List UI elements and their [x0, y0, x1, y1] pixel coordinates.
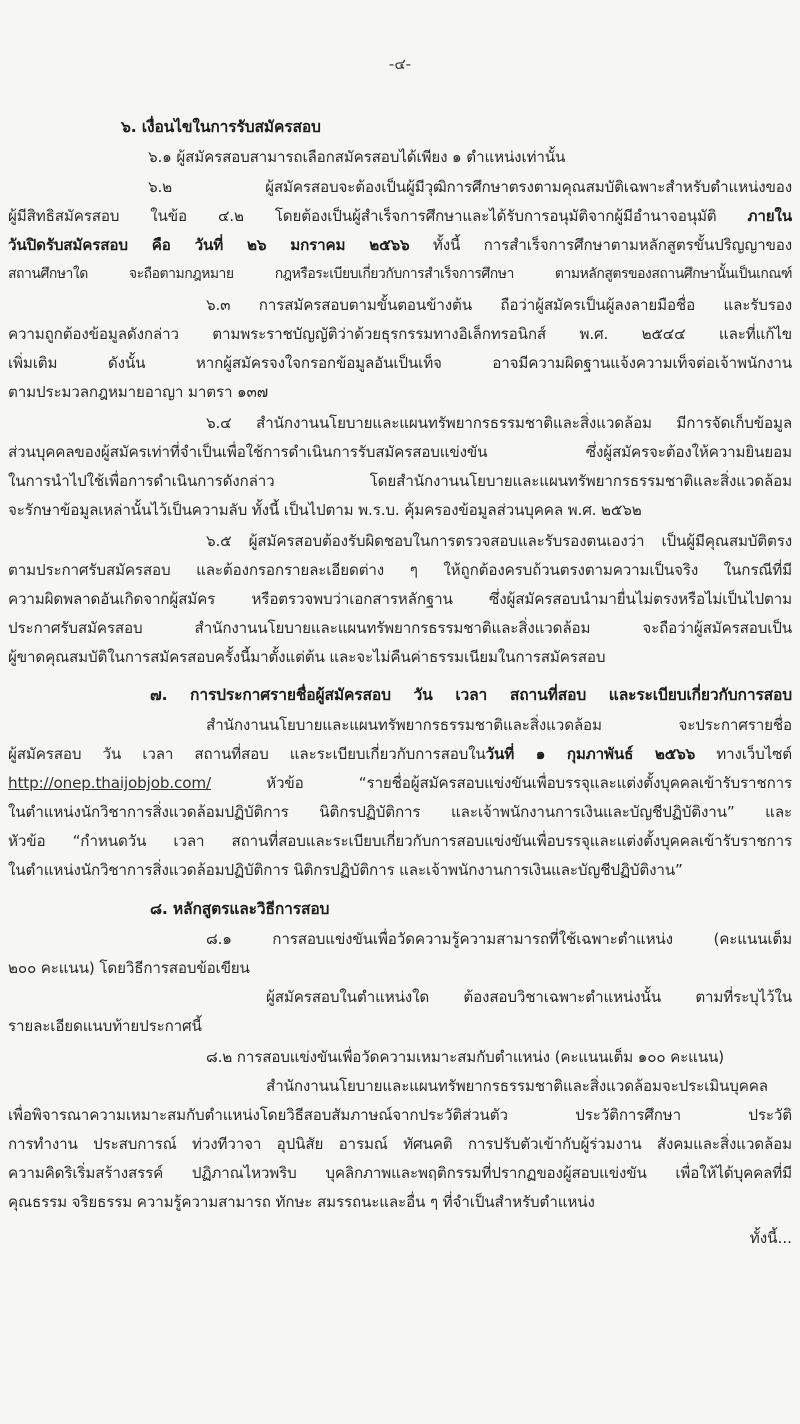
continuation-marker: ทั้งนี้...: [750, 1226, 792, 1250]
website-link[interactable]: http://onep.thaijobjob.com/: [8, 774, 211, 792]
section-6-3-line-1: ๖.๓ การสมัครสอบตามขั้นตอนข้างต้น ถือว่าผ…: [206, 294, 792, 316]
section-8-1-line-4: รายละเอียดแนบท้ายประกาศนี้: [8, 1015, 202, 1037]
section-6-2-line-1: ๖.๒ ผู้สมัครสอบจะต้องเป็นผู้มีวุฒิการศึก…: [148, 176, 792, 198]
section-7-line-3: http://onep.thaijobjob.com/ หัวข้อ “รายช…: [8, 772, 792, 794]
document-page: -๔- ๖. เงื่อนไขในการรับสมัครสอบ ๖.๑ ผู้ส…: [0, 0, 800, 1424]
section-8-2-line-1: ๘.๒ การสอบแข่งขันเพื่อวัดความเหมาะสมกับต…: [206, 1046, 724, 1068]
section-6-2-line-3: วันปิดรับสมัครสอบ คือ วันที่ ๒๖ มกราคม ๒…: [8, 234, 792, 256]
section-8-heading: ๘. หลักสูตรและวิธีการสอบ: [150, 898, 329, 920]
text-span: ผู้มีสิทธิสมัครสอบ ในข้อ ๔.๒ โดยต้องเป็น…: [8, 207, 748, 225]
bold-announcement-date: วันที่ ๑ กุมภาพันธ์ ๒๕๖๖: [486, 745, 695, 763]
section-6-2-line-4: สถานศึกษาใด จะถือตามกฎหมาย กฎหรือระเบียบ…: [8, 263, 792, 285]
section-8-1-line-2: ๒๐๐ คะแนน) โดยวิธีการสอบข้อเขียน: [8, 957, 250, 979]
section-6-3-line-3: เพิ่มเติม ดังนั้น หากผู้สมัครจงใจกรอกข้อ…: [8, 352, 792, 374]
section-7-line-2: ผู้สมัครสอบ วัน เวลา สถานที่สอบ และระเบี…: [8, 743, 792, 765]
section-6-5-line-1: ๖.๕ ผู้สมัครสอบต้องรับผิดชอบในการตรวจสอบ…: [206, 530, 792, 552]
page-number: -๔-: [0, 52, 800, 76]
section-7-heading: ๗. การประกาศรายชื่อผู้สมัครสอบ วัน เวลา …: [150, 684, 792, 706]
text-span: ทางเว็บไซต์: [695, 745, 792, 763]
section-7-line-4: ในตำแหน่งนักวิชาการสิ่งแวดล้อมปฏิบัติการ…: [8, 801, 792, 823]
section-8-2-line-2: สำนักงานนโยบายและแผนทรัพยากรธรรมชาติและส…: [266, 1075, 792, 1097]
section-6-3-line-4: ตามประมวลกฎหมายอาญา มาตรา ๑๓๗: [8, 381, 268, 403]
text-span: ผู้สมัครสอบ วัน เวลา สถานที่สอบ และระเบี…: [8, 745, 486, 763]
section-6-5-line-2: ตามประกาศรับสมัครสอบ และต้องกรอกรายละเอี…: [8, 559, 792, 581]
section-6-5-line-3: ความผิดพลาดอันเกิดจากผู้สมัคร หรือตรวจพบ…: [8, 588, 792, 610]
section-6-1: ๖.๑ ผู้สมัครสอบสามารถเลือกสมัครสอบได้เพี…: [148, 146, 565, 168]
bold-deadline-date: วันปิดรับสมัครสอบ คือ วันที่ ๒๖ มกราคม ๒…: [8, 236, 409, 254]
section-6-5-line-4: ประกาศรับสมัครสอบ สำนักงานนโยบายและแผนทร…: [8, 617, 792, 639]
section-8-2-line-5: ความคิดริเริ่มสร้างสรรค์ ปฏิภาณไหวพริบ บ…: [8, 1162, 792, 1184]
section-6-4-line-3: ในการนำไปใช้เพื่อการดำเนินการดังกล่าว โด…: [8, 470, 792, 492]
section-6-heading: ๖. เงื่อนไขในการรับสมัครสอบ: [121, 116, 321, 138]
section-8-2-line-3: เพื่อพิจารณาความเหมาะสมกับตำแหน่งโดยวิธี…: [8, 1104, 792, 1126]
section-8-2-line-6: คุณธรรม จริยธรรม ความรู้ความสามารถ ทักษะ…: [8, 1191, 595, 1213]
section-8-2-line-4: การทำงาน ประสบการณ์ ท่วงทีวาจา อุปนิสัย …: [8, 1133, 792, 1155]
section-6-4-line-2: ส่วนบุคคลของผู้สมัครเท่าที่จำเป็นเพื่อใช…: [8, 441, 792, 463]
section-6-3-line-2: ความถูกต้องข้อมูลดังกล่าว ตามพระราชบัญญั…: [8, 323, 792, 345]
section-6-4-line-4: จะรักษาข้อมูลเหล่านั้นไว้เป็นความลับ ทั้…: [8, 499, 642, 521]
bold-deadline-span: ภายใน: [748, 207, 793, 225]
section-6-5-line-5: ผู้ขาดคุณสมบัติในการสมัครสอบครั้งนี้มาตั…: [8, 646, 605, 668]
section-6-4-line-1: ๖.๔ สำนักงานนโยบายและแผนทรัพยากรธรรมชาติ…: [206, 412, 792, 434]
section-8-1-line-3: ผู้สมัครสอบในตำแหน่งใด ต้องสอบวิชาเฉพาะต…: [266, 986, 792, 1008]
section-7-line-5: หัวข้อ “กำหนดวัน เวลา สถานที่สอบและระเบี…: [8, 830, 792, 852]
section-8-1-line-1: ๘.๑ การสอบแข่งขันเพื่อวัดความรู้ความสามา…: [206, 928, 792, 950]
section-7-line-6: ในตำแหน่งนักวิชาการสิ่งแวดล้อมปฏิบัติการ…: [8, 859, 683, 881]
section-7-line-1: สำนักงานนโยบายและแผนทรัพยากรธรรมชาติและส…: [206, 714, 792, 736]
text-span: ทั้งนี้ การสำเร็จการศึกษาตามหลักสูตรขั้น…: [409, 236, 792, 254]
section-6-2-line-2: ผู้มีสิทธิสมัครสอบ ในข้อ ๔.๒ โดยต้องเป็น…: [8, 205, 792, 227]
text-span: หัวข้อ “รายชื่อผู้สมัครสอบแข่งขันเพื่อบร…: [211, 774, 792, 792]
